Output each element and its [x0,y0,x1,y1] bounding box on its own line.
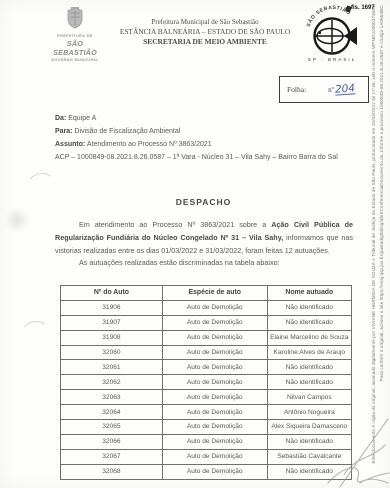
cell-auto: 32062 [61,375,163,390]
stamp-line2: Para conferir o original, acesse o site … [378,4,386,488]
cell-nome: Alex Siqueira Damasceno [267,420,351,435]
despacho-paragraph2: As autuações realizadas estão discrimina… [55,258,353,267]
cell-auto: 31907 [61,315,163,330]
col-header-nome: Nome autuado [267,286,351,301]
memo-from-value: Equipe A [68,115,96,122]
cell-especie: Auto de Demolição [162,300,267,315]
cell-especie: Auto de Demolição [162,464,267,479]
cell-nome: Não identificado [267,464,351,479]
muni-logo-bottom: GOVERNO MUNICIPAL [44,58,106,62]
table-row: 31906Auto de DemoliçãoNão identificado [61,300,352,315]
cell-especie: Auto de Demolição [162,345,267,360]
stamp-line1: Este documento é cópia do original, assi… [370,4,378,488]
cell-auto: 32061 [61,360,163,375]
memo-subject-value: Atendimento ao Processo Nº 3863/2021 [87,141,212,148]
table-row: 32060Auto de DemoliçãoKaroline Alves de … [61,345,352,360]
table-header-row: Nº do Auto Espécie de auto Nome autuado [61,286,352,301]
memo-from: Da: Equipe A [55,112,355,125]
table-row: 31908Auto de DemoliçãoElaine Marcelino d… [61,330,352,345]
table-row: 31907Auto de DemoliçãoNão identificado [61,315,352,330]
scan-artifact [19,319,53,351]
paragraph-start: Em atendimento ao Processo Nº 3863/2021 … [79,220,271,229]
cell-especie: Auto de Demolição [162,420,267,435]
digital-signature-stamp: Este documento é cópia do original, assi… [370,4,386,488]
cell-especie: Auto de Demolição [162,390,267,405]
cell-auto: 31908 [61,330,163,345]
cell-especie: Auto de Demolição [162,330,267,345]
memo-fields: Da: Equipe A Para: Divisão de Fiscalizaç… [55,112,355,164]
despacho-title: DESPACHO [55,197,352,207]
memo-to: Para: Divisão de Fiscalização Ambiental [55,125,355,138]
seal-bottom-text: SP - BRASIL [308,57,356,62]
cell-auto: 32064 [61,405,163,420]
cell-especie: Auto de Demolição [162,360,267,375]
table-row: 32062Auto de DemoliçãoNão identificado [61,375,352,390]
cell-especie: Auto de Demolição [162,449,267,464]
cell-auto: 32063 [61,390,163,405]
memo-subject-label: Assunto: [55,141,85,148]
cell-auto: 32066 [61,434,163,449]
scan-artifact [25,171,59,203]
coat-of-arms-icon [65,7,85,29]
cell-nome: Elaine Marcelino de Souza [267,330,351,345]
cell-auto: 31906 [61,300,163,315]
memo-reference: ACP – 1000849-08.2021.8.26.0587 – 1ª Var… [55,151,355,164]
cell-nome: Karoline Alves de Araujo [267,345,351,360]
cell-nome: Antônio Nogueira [267,405,351,420]
memo-from-label: Da: [55,115,66,122]
col-header-especie: Espécie de auto [162,286,267,301]
folha-prefix: nº [328,86,334,94]
table-row: 32063Auto de DemoliçãoNilvan Campos [61,390,352,405]
folha-handwritten-number: 204 [334,83,355,95]
cell-especie: Auto de Demolição [162,434,267,449]
citations-table: Nº do Auto Espécie de auto Nome autuado … [60,285,352,480]
cell-especie: Auto de Demolição [162,375,267,390]
cell-nome: Não identificado [267,315,351,330]
letterhead-line1: Prefeitura Municipal de São Sebastião [92,18,318,27]
table-row: 32066Auto de DemoliçãoNão identificado [61,434,352,449]
cell-nome: Não identificado [267,434,351,449]
document-page: PREFEITURA DE SÃO SEBASTIÃO GOVERNO MUNI… [0,0,390,488]
table-row: 32067Auto de DemoliçãoSebastião Cavalcan… [61,449,352,464]
letterhead-line3: SECRETARIA DE MEIO AMBIENTE [92,37,318,47]
despacho-paragraph: Em atendimento ao Processo Nº 3863/2021 … [55,218,353,257]
fish-seal-icon: SÃO SEBASTIÃO SP - BRASIL [302,2,362,64]
table-row: 32068Auto de DemoliçãoNão identificado [61,464,352,479]
scan-artifact [0,202,34,238]
memo-to-label: Para: [55,128,73,135]
letterhead: Prefeitura Municipal de São Sebastião ES… [92,18,318,47]
letterhead-line2: ESTÂNCIA BALNEÁRIA – ESTADO DE SÃO PAULO [92,27,318,37]
memo-to-value: Divisão de Fiscalização Ambiental [74,128,180,135]
folha-box: Folha: nº 204 [279,76,369,103]
cell-nome: Sebastião Cavalcante [267,449,351,464]
cell-nome: Não identificado [267,375,351,390]
col-header-auto: Nº do Auto [61,286,163,301]
table-row: 32065Auto de DemoliçãoAlex Siqueira Dama… [61,420,352,435]
cell-nome: Não identificado [267,300,351,315]
table-row: 32061Auto de DemoliçãoNão identificado [61,360,352,375]
cell-nome: Nilvan Campos [267,390,351,405]
memo-subject: Assunto: Atendimento ao Processo Nº 3863… [55,138,355,151]
cell-auto: 32067 [61,449,163,464]
table-row: 32064Auto de DemoliçãoAntônio Nogueira [61,405,352,420]
cell-auto: 32060 [61,345,163,360]
cell-especie: Auto de Demolição [162,405,267,420]
cell-nome: Não identificado [267,360,351,375]
sao-sebastiao-seal: SÃO SEBASTIÃO SP - BRASIL [302,2,362,69]
cell-especie: Auto de Demolição [162,315,267,330]
folha-label: Folha: [287,85,306,94]
cell-auto: 32065 [61,420,163,435]
cell-auto: 32068 [61,464,163,479]
